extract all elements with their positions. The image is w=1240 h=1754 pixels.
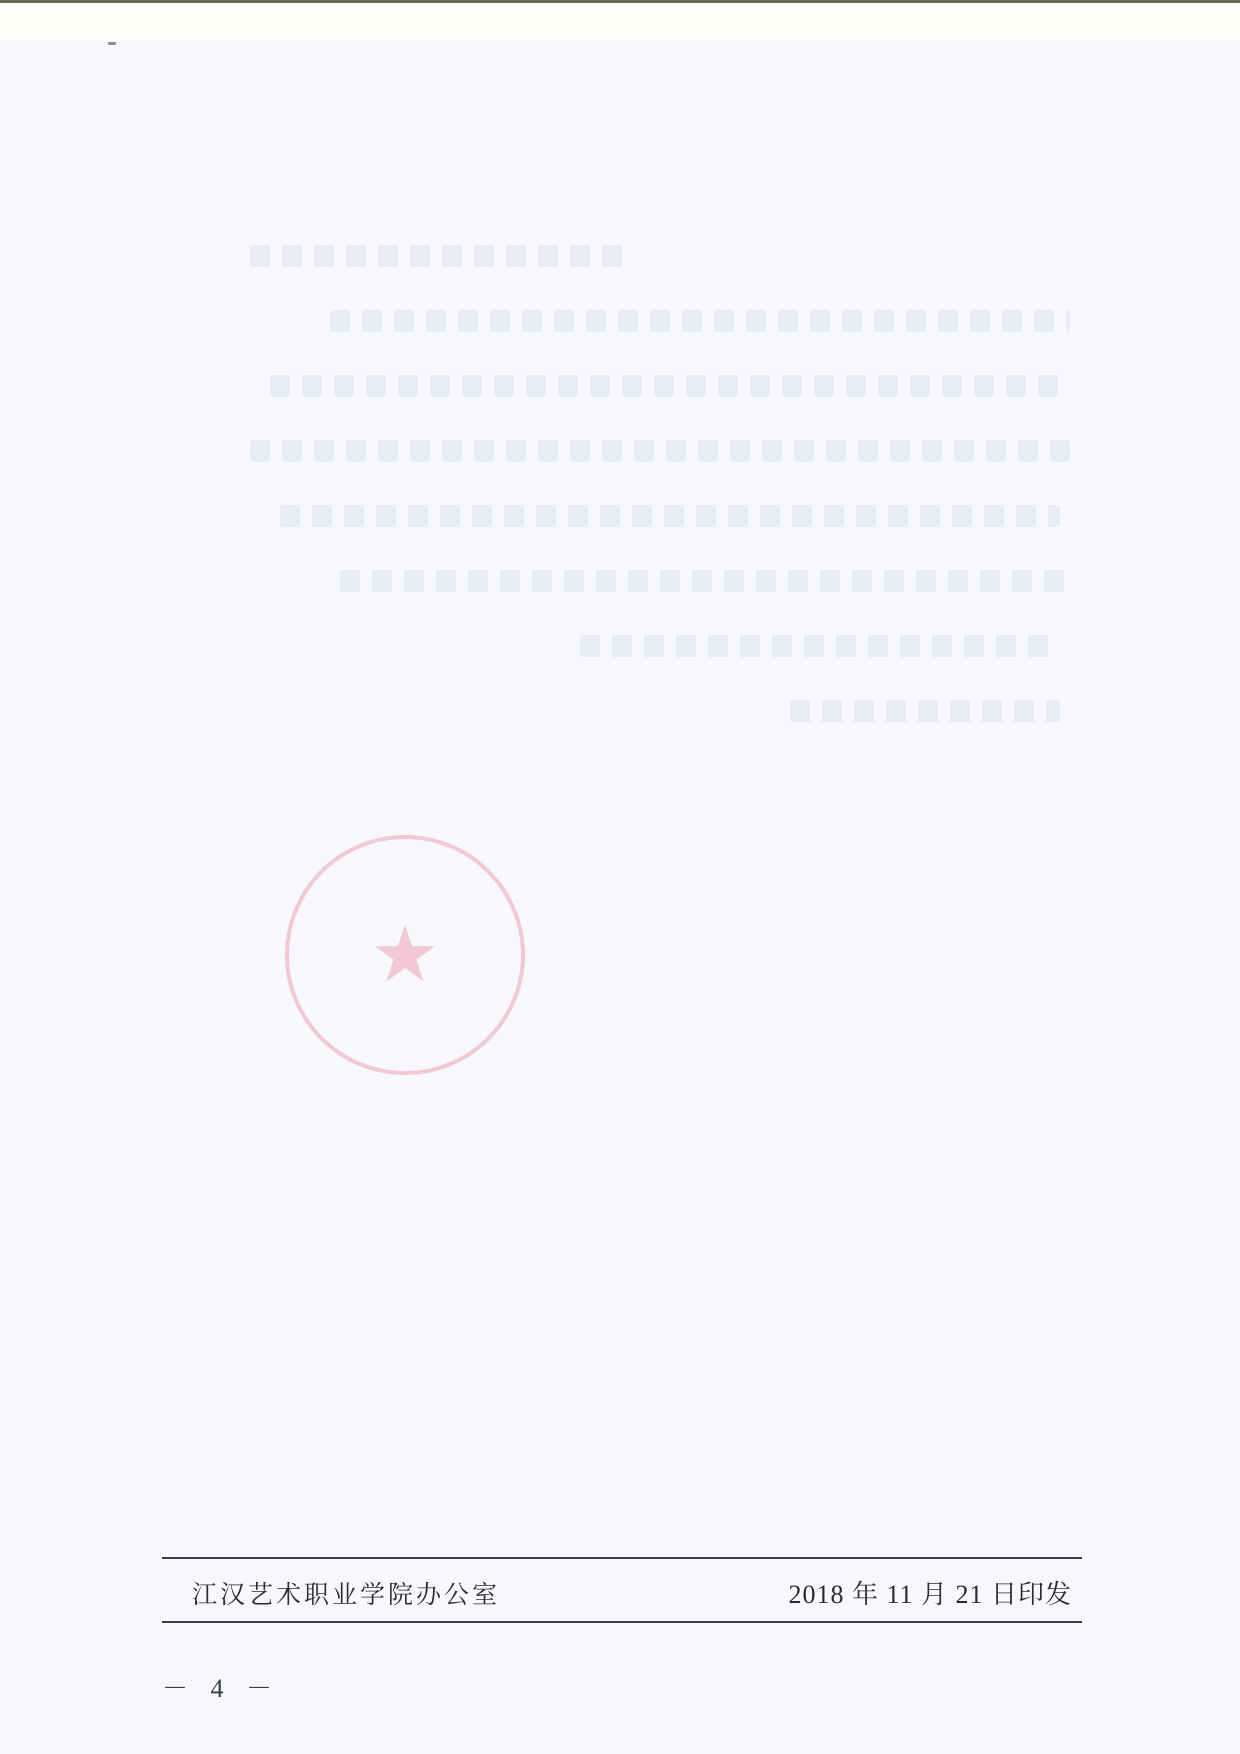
issuing-office: 江汉艺术职业学院办公室 (192, 1575, 500, 1611)
issue-date: 2018 年 11 月 21 日印发 (788, 1574, 1072, 1611)
bleed-line (340, 570, 1070, 592)
bleed-through-text (0, 0, 1240, 1754)
star-icon: ★ (370, 910, 440, 1000)
scan-top-band (0, 3, 1240, 41)
official-seal: ★ (285, 835, 525, 1075)
bleed-line (790, 700, 1060, 722)
bleed-line (580, 635, 1060, 657)
page-number: － 4 － (162, 1668, 280, 1705)
bleed-line (280, 505, 1060, 527)
bleed-line (250, 440, 1070, 462)
bleed-line (270, 375, 1070, 397)
bleed-line (330, 310, 1070, 332)
bleed-line (250, 245, 630, 267)
scan-speck (108, 42, 116, 45)
issuance-footer: 江汉艺术职业学院办公室 2018 年 11 月 21 日印发 (162, 1557, 1082, 1623)
